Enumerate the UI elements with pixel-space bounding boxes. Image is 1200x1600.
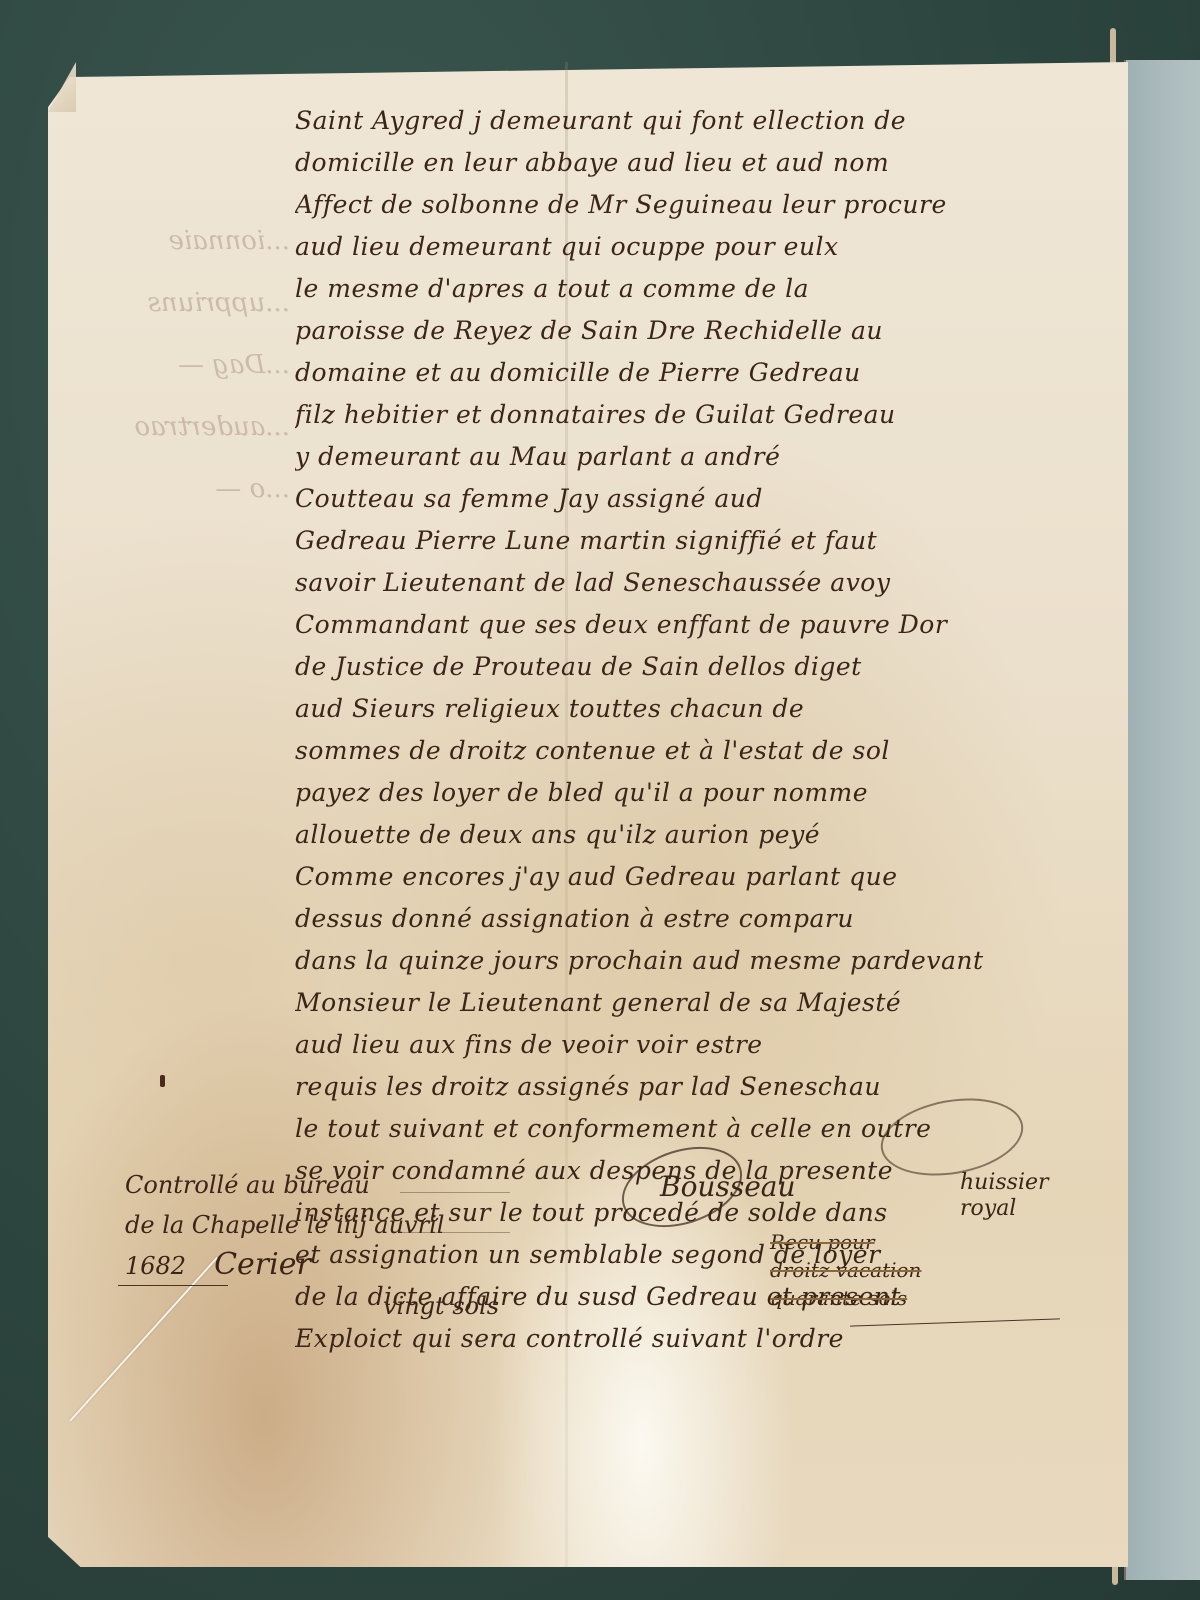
text-line: payez des loyer de bled qu'il a pour nom… (295, 772, 1095, 814)
text-line: y demeurant au Mau parlant a andré (295, 436, 1095, 478)
ink-mark (160, 1075, 165, 1087)
text-line: paroisse de Reyez de Sain Dre Rechidelle… (295, 310, 1095, 352)
text-line: domaine et au domicille de Pierre Gedrea… (295, 352, 1095, 394)
text-line: allouette de deux ans qu'ilz aurion peyé (295, 814, 1095, 856)
bleed-line: ...ionnaie (80, 210, 290, 272)
bleed-line: ...o — (80, 458, 290, 520)
text-line: dessus donné assignation à estre comparu (295, 898, 1095, 940)
text-line: Saint Aygred j demeurant qui font ellect… (295, 100, 1095, 142)
control-registration-note: Controllé au bureau de la Chapelle le ii… (125, 1165, 505, 1326)
struck-line: droitz vacation (770, 1258, 921, 1282)
note-line: Controllé au bureau (125, 1165, 505, 1205)
bleed-line: ...uppriuns (80, 272, 290, 334)
note-rule (400, 1192, 510, 1193)
signature-title: huissier royal (960, 1170, 1080, 1222)
struck-line: quarante sols (770, 1286, 907, 1310)
signature-block: Bousseau huissier royal Recu pour droitz… (620, 1130, 1080, 1330)
text-line: aud lieu demeurant qui ocuppe pour eulx (295, 226, 1095, 268)
note-year: 1682 (125, 1246, 186, 1286)
text-line: aud Sieurs religieux touttes chacun de (295, 688, 1095, 730)
text-line: de Justice de Prouteau de Sain dellos di… (295, 646, 1095, 688)
text-line: Gedreau Pierre Lune martin signiffié et … (295, 520, 1095, 562)
text-line: Monsieur le Lieutenant general de sa Maj… (295, 982, 1095, 1024)
text-line: Coutteau sa femme Jay assigné aud (295, 478, 1095, 520)
note-underline (118, 1285, 228, 1286)
text-line: le mesme d'apres a tout a comme de la (295, 268, 1095, 310)
note-date-line: 1682 Cerier (125, 1245, 505, 1286)
adjacent-paper-strip (1124, 60, 1200, 1580)
signature-bousseau: Bousseau (660, 1170, 796, 1203)
note-signer: Cerier (214, 1245, 311, 1285)
text-line: Commandant que ses deux enffant de pauvr… (295, 604, 1095, 646)
note-fee: vingt sols (125, 1286, 505, 1326)
text-line: domicille en leur abbaye aud lieu et aud… (295, 142, 1095, 184)
bleed-line: ...audertrao (80, 396, 290, 458)
text-line: aud lieu aux fins de veoir voir estre (295, 1024, 1095, 1066)
text-line: sommes de droitz contenue et à l'estat d… (295, 730, 1095, 772)
text-line: filz hebitier et donnataires de Guilat G… (295, 394, 1095, 436)
note-rule (400, 1232, 510, 1233)
note-line: de la Chapelle le iiij auvril (125, 1205, 505, 1245)
text-line: dans la quinze jours prochain aud mesme … (295, 940, 1095, 982)
bleed-through-text: ...ionnaie ...uppriuns ...Dag — ...auder… (80, 210, 290, 510)
bleed-line: ...Dag — (80, 334, 290, 396)
text-line: Affect de solbonne de Mr Seguineau leur … (295, 184, 1095, 226)
text-line: Comme encores j'ay aud Gedreau parlant q… (295, 856, 1095, 898)
text-line: savoir Lieutenant de lad Seneschaussée a… (295, 562, 1095, 604)
struck-line: Recu pour (770, 1230, 875, 1254)
